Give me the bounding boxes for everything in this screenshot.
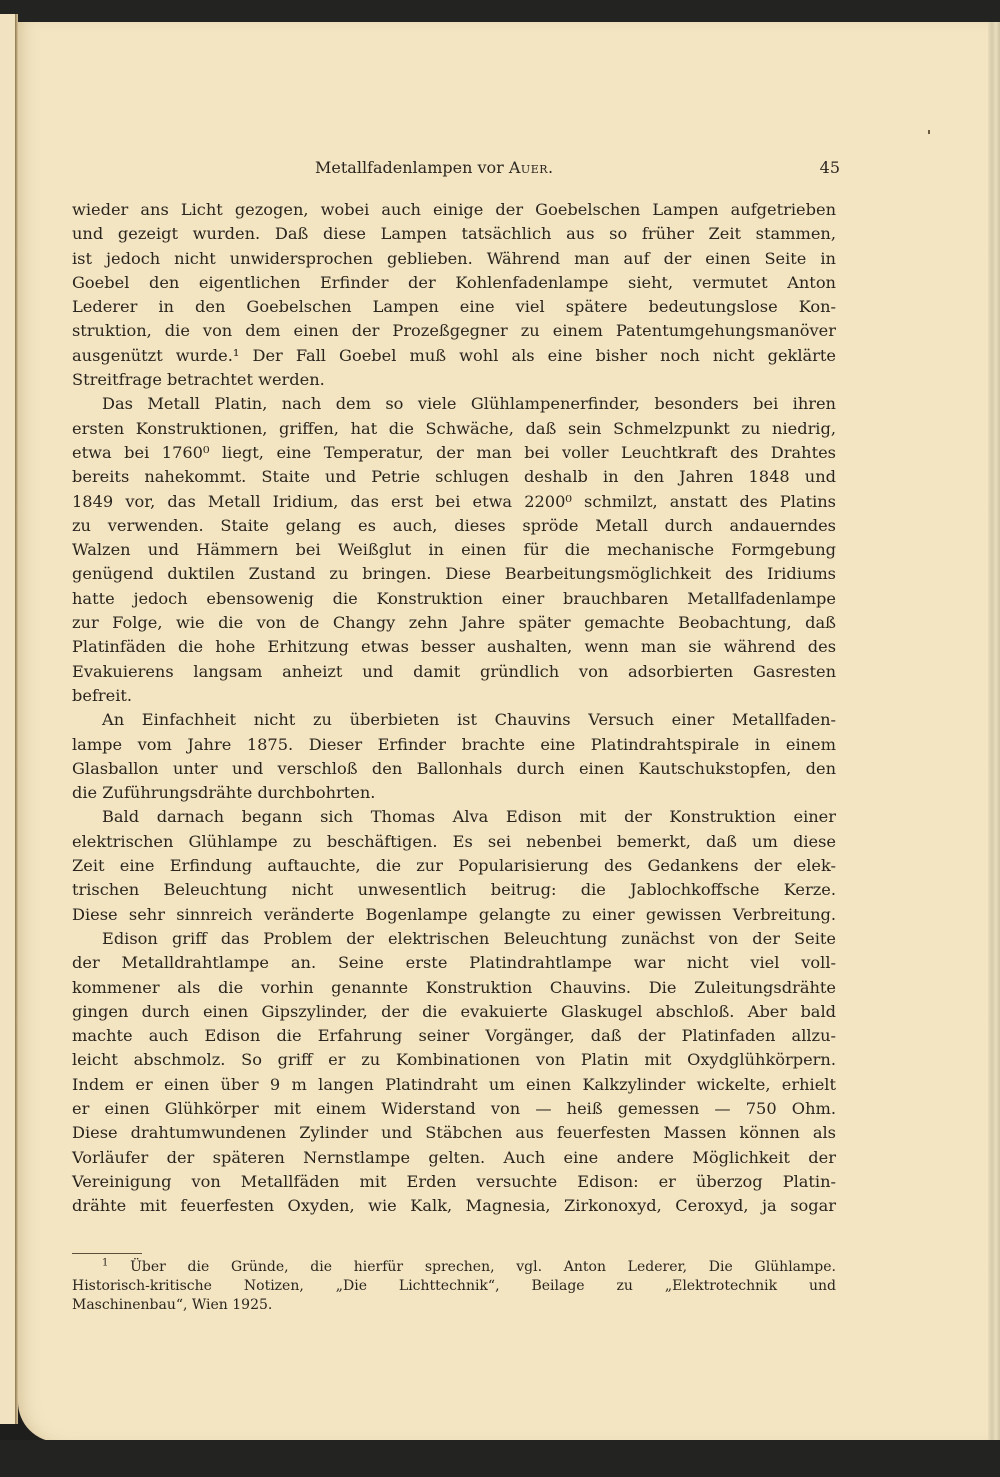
footnote-line: 1 Über die Gründe, die hierfür sprechen,… (72, 1258, 836, 1277)
text-line: Platinfäden die hohe Erhitzung etwas bes… (72, 635, 836, 659)
text-line: zu verwenden. Staite gelang es auch, die… (72, 514, 836, 538)
running-head: Metallfadenlampen vor Auer. 45 (290, 158, 840, 180)
text-line: ist jedoch nicht unwidersprochen geblieb… (72, 247, 836, 271)
text-line: struktion, die von dem einen der Prozeßg… (72, 319, 836, 343)
scan-bottom-border (0, 1440, 1000, 1477)
paragraph-start: Edison griff das Problem der elektrische… (72, 927, 836, 951)
page-number: 45 (820, 158, 840, 177)
scan-top-border (0, 0, 1000, 22)
paper-speck (928, 130, 930, 134)
text-line: Diese sehr sinnreich veränderte Bogenlam… (72, 903, 836, 927)
text-line: befreit. (72, 684, 836, 708)
author-name: Auer (509, 158, 548, 177)
text-line: Zeit eine Erfindung auftauchte, die zur … (72, 854, 836, 878)
text-line: Evakuierens langsam anheizt und damit gr… (72, 660, 836, 684)
text-line: der Metalldrahtlampe an. Seine erste Pla… (72, 951, 836, 975)
footnote-line: Historisch-kritische Notizen, „Die Licht… (72, 1277, 836, 1296)
text-line: wieder ans Licht gezogen, wobei auch ein… (72, 198, 836, 222)
footnote-marker: 1 (102, 1257, 108, 1268)
text-line: Lederer in den Goebelschen Lampen eine v… (72, 295, 836, 319)
text-line: trischen Beleuchtung nicht unwesentlich … (72, 878, 836, 902)
text-line: etwa bei 1760⁰ liegt, eine Temperatur, d… (72, 441, 836, 465)
text-line: Indem er einen über 9 m langen Platindra… (72, 1073, 836, 1097)
text-line: machte auch Edison die Erfahrung seiner … (72, 1024, 836, 1048)
text-line: genügend duktilen Zustand zu bringen. Di… (72, 562, 836, 586)
text-line: leicht abschmolz. So griff er zu Kombina… (72, 1048, 836, 1072)
text-line: Streitfrage betrachtet werden. (72, 368, 836, 392)
text-line: die Zuführungsdrähte durchbohrten. (72, 781, 836, 805)
text-line: hatte jedoch ebensowenig die Konstruktio… (72, 587, 836, 611)
text-line: lampe vom Jahre 1875. Dieser Erfinder br… (72, 733, 836, 757)
text-line: ersten Konstruktionen, griffen, hat die … (72, 417, 836, 441)
text-line: Vereinigung von Metallfäden mit Erden ve… (72, 1170, 836, 1194)
text-line: Vorläufer der späteren Nernstlampe gelte… (72, 1146, 836, 1170)
text-line: kommener als die vorhin genannte Konstru… (72, 976, 836, 1000)
text-line: und gezeigt wurden. Daß diese Lampen tat… (72, 222, 836, 246)
text-line: ausgenützt wurde.¹ Der Fall Goebel muß w… (72, 344, 836, 368)
text-line: Diese drahtumwundenen Zylinder und Stäbc… (72, 1121, 836, 1145)
page-stack-edge (988, 22, 1000, 1452)
running-head-title: Metallfadenlampen vor Auer. (315, 158, 553, 177)
text-line: bereits nahekommt. Staite und Petrie sch… (72, 465, 836, 489)
body-text: wieder ans Licht gezogen, wobei auch ein… (72, 198, 836, 1218)
text-line: 1849 vor, das Metall Iridium, das erst b… (72, 490, 836, 514)
text-line: zur Folge, wie die von de Changy zehn Ja… (72, 611, 836, 635)
paragraph-start: Bald darnach begann sich Thomas Alva Edi… (72, 805, 836, 829)
text-line: elektrischen Glühlampe zu beschäftigen. … (72, 830, 836, 854)
footnote: 1 Über die Gründe, die hierfür sprechen,… (72, 1258, 836, 1315)
footnote-line: Maschinenbau“, Wien 1925. (72, 1296, 836, 1315)
text-line: Goebel den eigentlichen Erfinder der Koh… (72, 271, 836, 295)
text-line: gingen durch einen Gipszylinder, der die… (72, 1000, 836, 1024)
paragraph-start: An Einfachheit nicht zu überbieten ist C… (72, 708, 836, 732)
footnote-rule (72, 1253, 142, 1254)
text-line: er einen Glühkörper mit einem Widerstand… (72, 1097, 836, 1121)
text-line: drähte mit feuerfesten Oxyden, wie Kalk,… (72, 1194, 836, 1218)
text-line: Walzen und Hämmern bei Weißglut in einen… (72, 538, 836, 562)
text-line: Glasballon unter und verschloß den Ballo… (72, 757, 836, 781)
paragraph-start: Das Metall Platin, nach dem so viele Glü… (72, 392, 836, 416)
